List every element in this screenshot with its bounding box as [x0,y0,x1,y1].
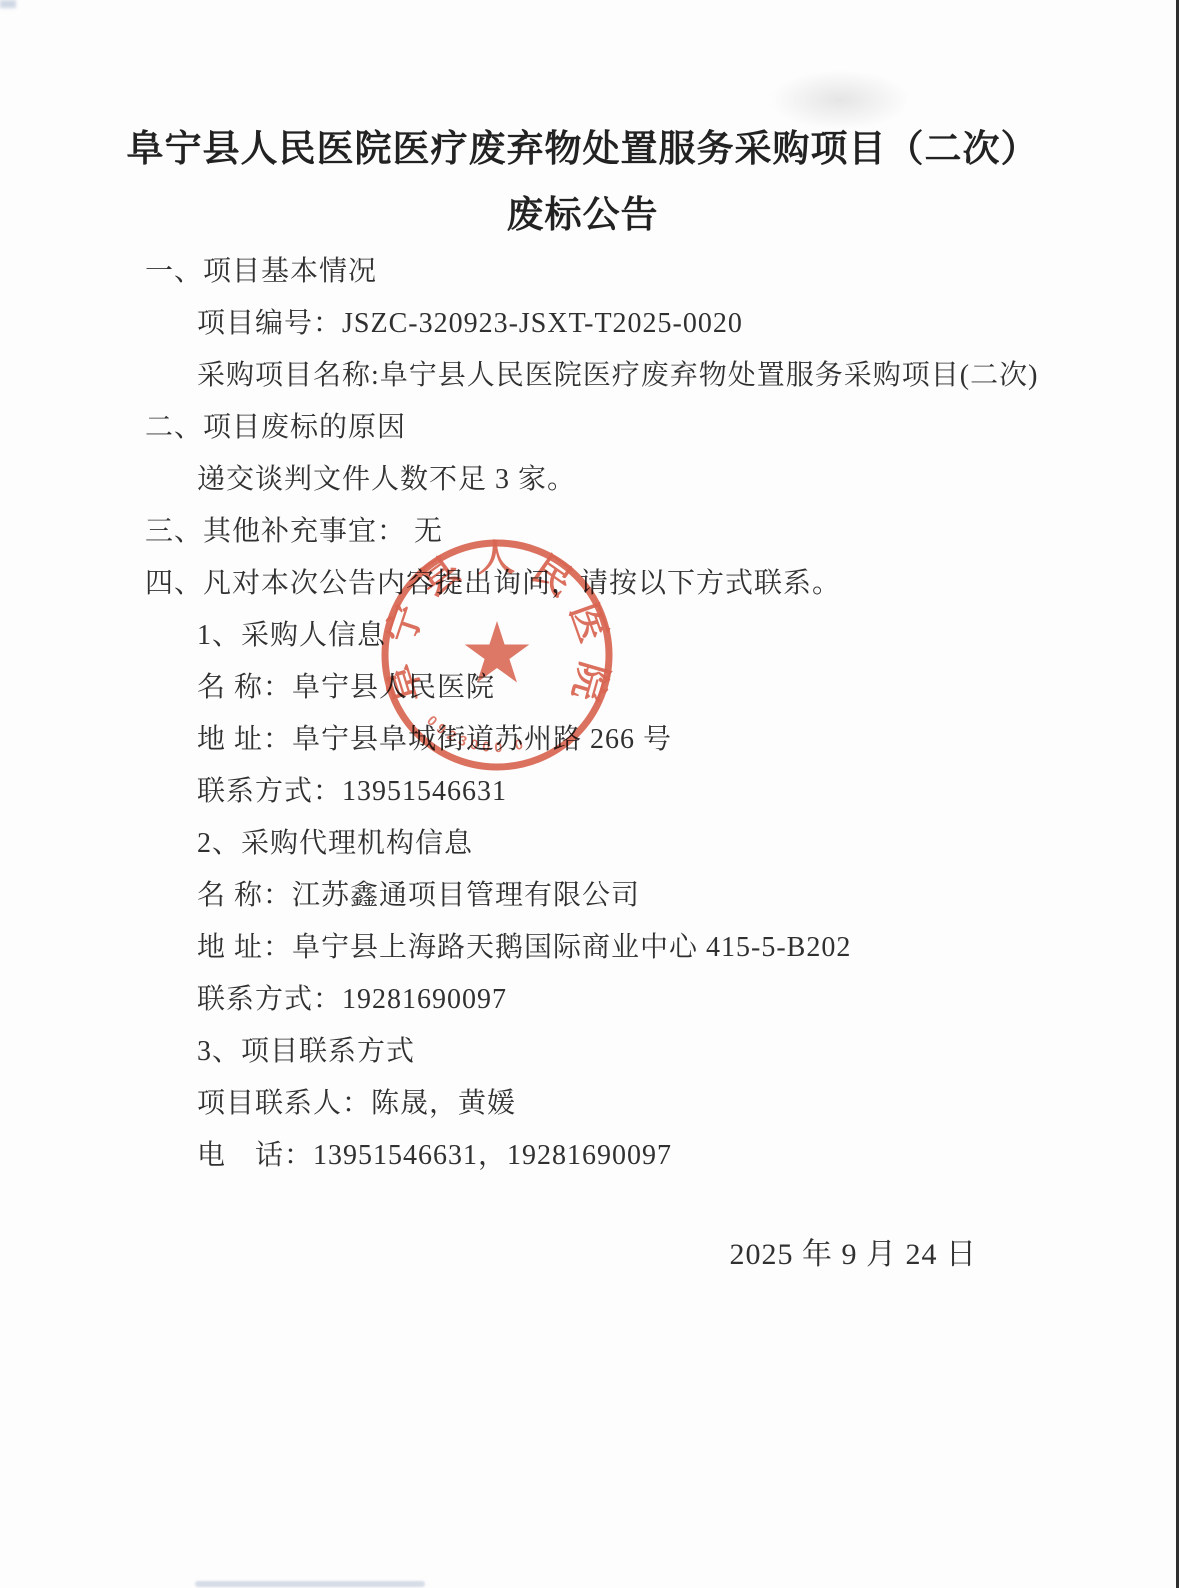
agency-info-heading: 2、采购代理机构信息 [0,818,1179,870]
project-contact-heading: 3、项目联系方式 [0,1026,1179,1078]
document-title-line1: 阜宁县人民医院医疗废弃物处置服务采购项目（二次） [0,118,1165,172]
section-2-heading: 二、项目废标的原因 [0,402,1179,454]
document-title-line2: 废标公告 [0,184,1165,238]
scan-smudge-corner [0,0,16,8]
agency-address-line: 地 址：阜宁县上海路天鹅国际商业中心 415-5-B202 [0,922,1179,974]
scan-smudge-top [770,70,910,130]
cancellation-reason-line: 递交谈判文件人数不足 3 家。 [0,454,1179,506]
project-number-line: 项目编号：JSZC-320923-JSXT-T2025-0020 [0,298,1179,350]
agency-contact-line: 联系方式：19281690097 [0,974,1179,1026]
seal-star-icon [465,621,530,683]
document-date: 2025 年 9 月 24 日 [730,1229,978,1281]
project-contact-person-line: 项目联系人：陈晟，黄媛 [0,1078,1179,1130]
scanned-document-page: 阜宁县人民医院医疗废弃物处置服务采购项目（二次） 废标公告 一、项目基本情况 项… [0,0,1179,1588]
official-seal: 阜宁县人民医院 0923000 0 [377,535,617,775]
scan-smudge-bottom [195,1581,425,1587]
section-1-heading: 一、项目基本情况 [0,246,1179,298]
project-contact-phone-line: 电 话：13951546631，19281690097 [0,1130,1179,1182]
agency-name-line: 名 称：江苏鑫通项目管理有限公司 [0,870,1179,922]
project-name-line: 采购项目名称:阜宁县人民医院医疗废弃物处置服务采购项目(二次) [0,350,1179,402]
